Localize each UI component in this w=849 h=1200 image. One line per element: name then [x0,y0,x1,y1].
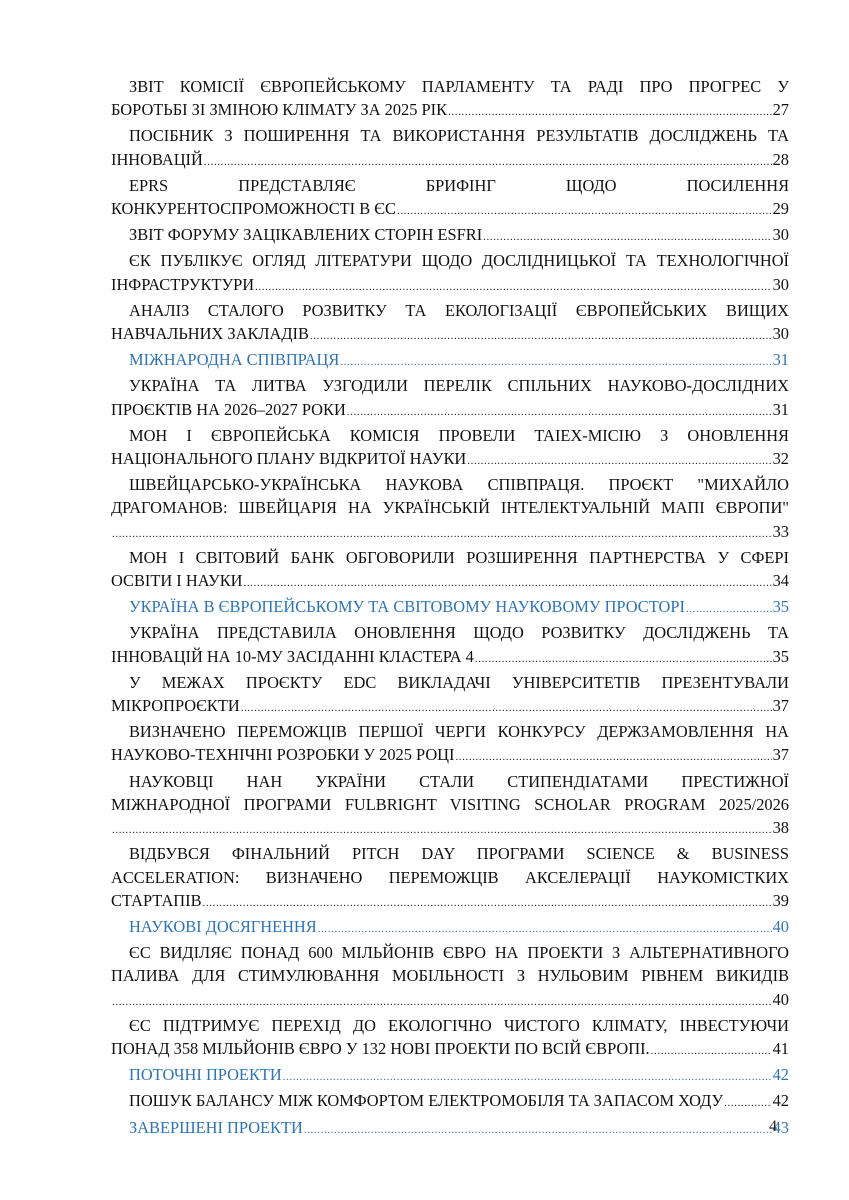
dot-leader: ........................................… [283,1066,772,1089]
dot-leader: ........................................… [724,1092,771,1115]
toc-entry[interactable]: ЗВІТ КОМІСІЇ ЄВРОПЕЙСЬКОМУ ПАРЛАМЕНТУ ТА… [111,75,789,124]
toc-entry[interactable]: ЄС ПІДТРИМУЄ ПЕРЕХІД ДО ЕКОЛОГІЧНО ЧИСТО… [111,1014,789,1063]
toc-page-number: 37 [773,743,789,766]
toc-page-number: 34 [773,569,789,592]
toc-entry-title-line: ВИЗНАЧЕНО ПЕРЕМОЖЦІВ ПЕРШОЇ ЧЕРГИ КОНКУР… [111,720,789,743]
toc-entry-title-line: МОН І СВІТОВИЙ БАНК ОБГОВОРИЛИ РОЗШИРЕНН… [111,546,789,569]
toc-entry-title-line: ВІДБУВСЯ ФІНАЛЬНИЙ PITCH DAY ПРОГРАМИ SC… [111,842,789,865]
dot-leader: ........................................… [651,1040,772,1063]
toc-entry-title-line: УКРАЇНА ПРЕДСТАВИЛА ОНОВЛЕННЯ ЩОДО РОЗВИ… [111,621,789,644]
toc-entry-title: ЗАВЕРШЕНІ ПРОЕКТИ [129,1116,303,1139]
dot-leader: ........................................… [467,450,771,473]
toc-entry-title: КОНКУРЕНТОСПРОМОЖНОСТІ В ЄС [111,197,396,220]
toc-page-number: 40 [773,988,789,1011]
toc-entry[interactable]: ПОСІБНИК З ПОШИРЕННЯ ТА ВИКОРИСТАННЯ РЕЗ… [111,124,789,173]
dot-leader: ........................................… [243,572,771,595]
toc-section-heading[interactable]: УКРАЇНА В ЄВРОПЕЙСЬКОМУ ТА СВІТОВОМУ НАУ… [111,595,789,621]
toc-entry-title: ПРОЄКТІВ НА 2026–2027 РОКИ [111,398,346,421]
document-page: ЗВІТ КОМІСІЇ ЄВРОПЕЙСЬКОМУ ПАРЛАМЕНТУ ТА… [0,0,849,1200]
dot-leader: ........................................… [340,351,771,374]
toc-entry-title-line: EPRS ПРЕДСТАВЛЯЄ БРИФІНГ ЩОДО ПОСИЛЕННЯ [111,174,789,197]
toc-entry-title: НАУКОВІ ДОСЯГНЕННЯ [129,915,317,938]
toc-entry-title-line: УКРАЇНА ТА ЛИТВА УЗГОДИЛИ ПЕРЕЛІК СПІЛЬН… [111,374,789,397]
toc-page-number: 41 [773,1037,789,1060]
toc-entry[interactable]: ЄС ВИДІЛЯЄ ПОНАД 600 МІЛЬЙОНІВ ЄВРО НА П… [111,941,789,1014]
toc-entry[interactable]: У МЕЖАХ ПРОЄКТУ EDC ВИКЛАДАЧІ УНІВЕРСИТЕ… [111,671,789,720]
toc-entry[interactable]: МОН І СВІТОВИЙ БАНК ОБГОВОРИЛИ РОЗШИРЕНН… [111,546,789,595]
toc-entry-title-line: ДРАГОМАНОВ: ШВЕЙЦАРІЯ НА УКРАЇНСЬКІЙ ІНТ… [111,496,789,519]
toc-page-number: 40 [773,915,789,938]
dot-leader: ........................................… [112,523,772,546]
page-number: 4 [769,1118,777,1136]
toc-entry-title-line: ШВЕЙЦАРСЬКО-УКРАЇНСЬКА НАУКОВА СПІВПРАЦЯ… [111,473,789,496]
dot-leader: ........................................… [304,1119,772,1142]
toc-entry[interactable]: НАУКОВЦІ НАН УКРАЇНИ СТАЛИ СТИПЕНДІАТАМИ… [111,770,789,843]
toc-entry[interactable]: МОН І ЄВРОПЕЙСЬКА КОМІСІЯ ПРОВЕЛИ TAIEX-… [111,424,789,473]
toc-entry[interactable]: ВИЗНАЧЕНО ПЕРЕМОЖЦІВ ПЕРШОЇ ЧЕРГИ КОНКУР… [111,720,789,769]
dot-leader: ........................................… [397,200,772,223]
dot-leader: ........................................… [455,746,771,769]
toc-entry-title-line: ЄК ПУБЛІКУЄ ОГЛЯД ЛІТЕРАТУРИ ЩОДО ДОСЛІД… [111,249,789,272]
dot-leader: ........................................… [203,892,772,915]
toc-page-number: 30 [773,322,789,345]
toc-page-number: 30 [773,223,789,246]
dot-leader: ........................................… [241,697,772,720]
dot-leader: ........................................… [318,918,772,941]
toc-entry-title: НАУКОВО-ТЕХНІЧНІ РОЗРОБКИ У 2025 РОЦІ [111,743,454,766]
toc-page-number: 42 [773,1063,789,1086]
toc-section-heading[interactable]: НАУКОВІ ДОСЯГНЕННЯ......................… [111,915,789,941]
toc-section-heading[interactable]: ПОТОЧНІ ПРОЕКТИ.........................… [111,1063,789,1089]
dot-leader: ........................................… [483,226,771,249]
toc-entry-title: ІНФРАСТРУКТУРИ [111,273,254,296]
toc-entry-title: ПОТОЧНІ ПРОЕКТИ [129,1063,282,1086]
toc-entry-title: ІННОВАЦІЙ [111,148,203,171]
toc-page-number: 35 [773,645,789,668]
toc-entry-title-line: АНАЛІЗ СТАЛОГО РОЗВИТКУ ТА ЕКОЛОГІЗАЦІЇ … [111,299,789,322]
toc-page-number: 29 [773,197,789,220]
toc-entry[interactable]: УКРАЇНА ТА ЛИТВА УЗГОДИЛИ ПЕРЕЛІК СПІЛЬН… [111,374,789,423]
table-of-contents: ЗВІТ КОМІСІЇ ЄВРОПЕЙСЬКОМУ ПАРЛАМЕНТУ ТА… [111,75,789,1142]
toc-entry[interactable]: ШВЕЙЦАРСЬКО-УКРАЇНСЬКА НАУКОВА СПІВПРАЦЯ… [111,473,789,546]
toc-entry-title-line: МІЖНАРОДНОЇ ПРОГРАМИ FULBRIGHT VISITING … [111,793,789,816]
toc-entry-title-line: ПОСІБНИК З ПОШИРЕННЯ ТА ВИКОРИСТАННЯ РЕЗ… [111,124,789,147]
toc-entry[interactable]: УКРАЇНА ПРЕДСТАВИЛА ОНОВЛЕННЯ ЩОДО РОЗВИ… [111,621,789,670]
dot-leader: ........................................… [255,276,772,299]
dot-leader: ........................................… [448,101,772,124]
dot-leader: ........................................… [347,401,772,424]
toc-entry-title: УКРАЇНА В ЄВРОПЕЙСЬКОМУ ТА СВІТОВОМУ НАУ… [129,595,685,618]
toc-entry-title: МІКРОПРОЄКТИ [111,694,240,717]
dot-leader: ........................................… [112,991,772,1014]
toc-page-number: 35 [773,595,789,618]
toc-entry-title-line: ЄС ВИДІЛЯЄ ПОНАД 600 МІЛЬЙОНІВ ЄВРО НА П… [111,941,789,964]
toc-entry-title: СТАРТАПІВ [111,889,202,912]
dot-leader: ........................................… [475,648,772,671]
toc-entry-title: НАВЧАЛЬНИХ ЗАКЛАДІВ [111,322,309,345]
toc-entry-title: ПОНАД 358 МІЛЬЙОНІВ ЄВРО У 132 НОВІ ПРОЕ… [111,1037,650,1060]
toc-page-number: 42 [773,1089,789,1112]
toc-page-number: 31 [773,348,789,371]
toc-entry-title: ПОШУК БАЛАНСУ МІЖ КОМФОРТОМ ЕЛЕКТРОМОБІЛ… [129,1089,723,1112]
toc-entry-title: ОСВІТИ І НАУКИ [111,569,242,592]
toc-entry[interactable]: ЄК ПУБЛІКУЄ ОГЛЯД ЛІТЕРАТУРИ ЩОДО ДОСЛІД… [111,249,789,298]
toc-page-number: 37 [773,694,789,717]
toc-entry[interactable]: ЗВІТ ФОРУМУ ЗАЦІКАВЛЕНИХ СТОРІН ESFRI...… [111,223,789,249]
toc-entry-title-line: ЄС ПІДТРИМУЄ ПЕРЕХІД ДО ЕКОЛОГІЧНО ЧИСТО… [111,1014,789,1037]
toc-entry-title: ЗВІТ ФОРУМУ ЗАЦІКАВЛЕНИХ СТОРІН ESFRI [129,223,482,246]
toc-entry-title-line: НАУКОВЦІ НАН УКРАЇНИ СТАЛИ СТИПЕНДІАТАМИ… [111,770,789,793]
toc-entry-title: БОРОТЬБІ ЗІ ЗМІНОЮ КЛІМАТУ ЗА 2025 РІК [111,98,447,121]
toc-entry-title-line: ACCELERATION: ВИЗНАЧЕНО ПЕРЕМОЖЦІВ АКСЕЛ… [111,866,789,889]
toc-entry-title: МІЖНАРОДНА СПІВПРАЦЯ [129,348,339,371]
toc-page-number: 28 [773,148,789,171]
toc-entry-title-line: ПАЛИВА ДЛЯ СТИМУЛЮВАННЯ МОБІЛЬНОСТІ З НУ… [111,964,789,987]
toc-entry[interactable]: АНАЛІЗ СТАЛОГО РОЗВИТКУ ТА ЕКОЛОГІЗАЦІЇ … [111,299,789,348]
dot-leader: ........................................… [112,819,772,842]
toc-page-number: 27 [773,98,789,121]
toc-entry-title-line: МОН І ЄВРОПЕЙСЬКА КОМІСІЯ ПРОВЕЛИ TAIEX-… [111,424,789,447]
toc-page-number: 32 [773,447,789,470]
toc-entry-title-line: ЗВІТ КОМІСІЇ ЄВРОПЕЙСЬКОМУ ПАРЛАМЕНТУ ТА… [111,75,789,98]
dot-leader: ........................................… [310,325,772,348]
toc-page-number: 38 [773,816,789,839]
toc-section-heading[interactable]: ЗАВЕРШЕНІ ПРОЕКТИ.......................… [111,1116,789,1142]
toc-entry-title: ІННОВАЦІЙ НА 10-МУ ЗАСІДАННІ КЛАСТЕРА 4 [111,645,474,668]
toc-entry[interactable]: ПОШУК БАЛАНСУ МІЖ КОМФОРТОМ ЕЛЕКТРОМОБІЛ… [111,1089,789,1115]
toc-page-number: 33 [773,520,789,543]
toc-entry[interactable]: ВІДБУВСЯ ФІНАЛЬНИЙ PITCH DAY ПРОГРАМИ SC… [111,842,789,915]
dot-leader: ........................................… [686,598,772,621]
toc-entry[interactable]: EPRS ПРЕДСТАВЛЯЄ БРИФІНГ ЩОДО ПОСИЛЕННЯК… [111,174,789,223]
dot-leader: ........................................… [204,151,772,174]
toc-section-heading[interactable]: МІЖНАРОДНА СПІВПРАЦЯ....................… [111,348,789,374]
toc-page-number: 30 [773,273,789,296]
toc-entry-title-line: У МЕЖАХ ПРОЄКТУ EDC ВИКЛАДАЧІ УНІВЕРСИТЕ… [111,671,789,694]
toc-page-number: 31 [773,398,789,421]
toc-entry-title: НАЦІОНАЛЬНОГО ПЛАНУ ВІДКРИТОЇ НАУКИ [111,447,466,470]
toc-page-number: 39 [773,889,789,912]
